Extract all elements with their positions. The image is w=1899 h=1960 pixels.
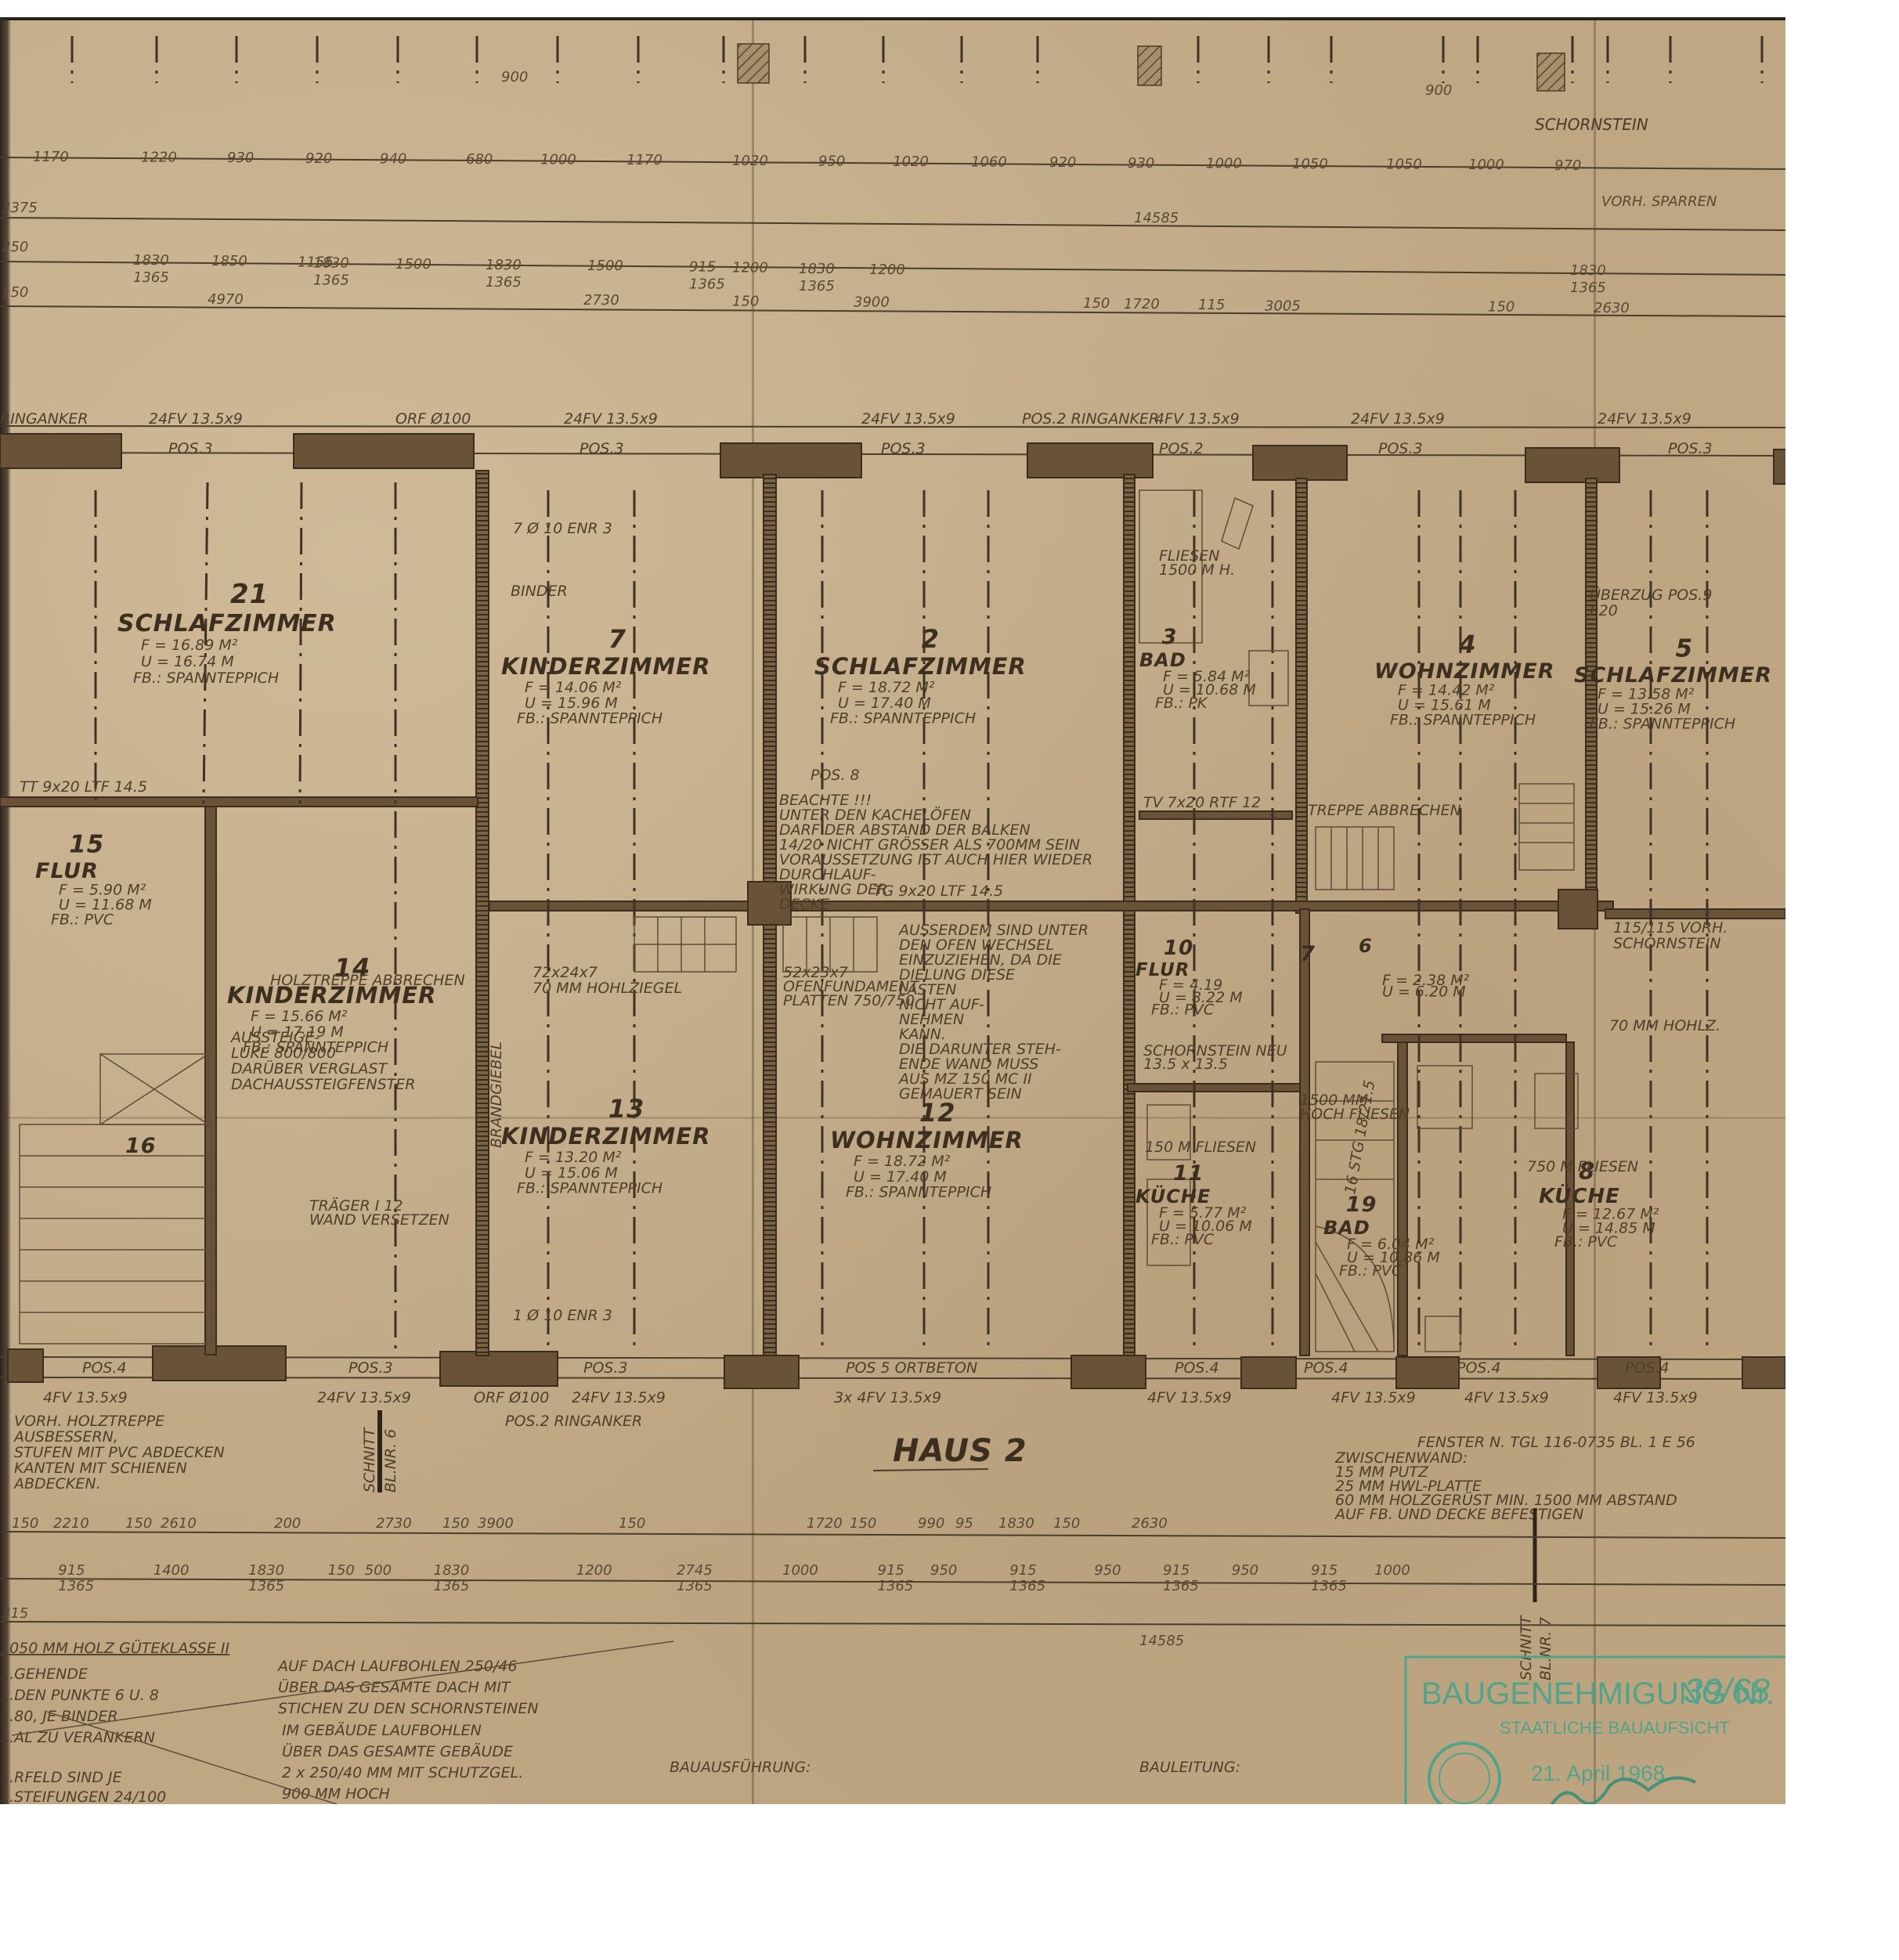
downstand-beam-note: ÜBERZUG POS.9	[1590, 586, 1712, 604]
window-dimension-bottom: 1365	[1570, 280, 1606, 296]
bottom-dimension: 95	[955, 1515, 973, 1532]
rafter-spacing: 1170	[33, 149, 69, 165]
window-dimension-top: 1830	[1570, 262, 1606, 279]
room-name: SCHLAFZIMMER	[814, 653, 1027, 680]
room-name: SCHLAFZIMMER	[1574, 663, 1772, 688]
hollow-brick-note: 72x24x7	[533, 964, 597, 981]
bottom-dimension: 2730	[376, 1515, 412, 1532]
room-dimension: 2630	[1594, 300, 1630, 316]
window-dimension-bottom: 1365	[133, 269, 169, 286]
bottom-dimension-top: 915	[58, 1562, 85, 1579]
bottom-dimension-bottom: 1365	[1311, 1578, 1347, 1594]
left-partial-dim: 3375	[2, 200, 38, 216]
room-number: 19	[1346, 1193, 1377, 1217]
timber-grade-note: 1050 MM HOLZ GÜTEKLASSE II	[0, 1639, 229, 1657]
wood-stair-repair-line: KANTEN MIT SCHIENEN	[14, 1460, 187, 1477]
wall-spec-label: ORF Ø100	[474, 1389, 549, 1406]
window-dimension-top: 1500	[395, 256, 431, 273]
bottom-dimension-top: 950	[1094, 1562, 1121, 1579]
lintel-note: TV 7x20 RTF 12	[1143, 794, 1261, 811]
svg-text:SCHNITT: SCHNITT	[361, 1427, 378, 1493]
bottom-dimension: 1720	[807, 1515, 843, 1532]
room-number: 21	[230, 579, 269, 610]
window-dimension-top: 1830	[133, 252, 169, 269]
floor-plan-drawing: 900 900 SCHORNSTEIN 11701220930920940680…	[0, 20, 1785, 1804]
bottom-dimension: 200	[274, 1515, 301, 1532]
window-dimension-row: 1830136518501155183013651500183013651500…	[0, 252, 1785, 296]
bottom-dimension-bottom: 1365	[58, 1578, 94, 1594]
rebar-note-top: 7 Ø 10 ENR 3	[513, 520, 612, 537]
room-dimension: 1720	[1124, 296, 1160, 312]
room-floor-finish: FB.: PVC	[1339, 1262, 1403, 1280]
svg-text:BL.NR. 6: BL.NR. 6	[382, 1429, 399, 1493]
window-dimension-bottom: 1365	[313, 273, 349, 289]
chimney-hatch	[1537, 53, 1565, 91]
wall-spec-label: 4FV 13.5x9	[1155, 410, 1240, 428]
left-partial-dim-bottom: 315	[2, 1605, 28, 1622]
rafter-spacing: 1050	[1386, 157, 1422, 173]
kitchen-tile-note: 750 M FLIESEN	[1527, 1158, 1638, 1175]
window-dimension-bottom: 1365	[689, 276, 725, 292]
rafter-spacing: 1060	[971, 154, 1007, 171]
room-name: FLUR	[35, 859, 99, 883]
window-dimension-bottom: 1365	[799, 278, 835, 294]
room-dimension-row: 497027301503900150172011530051502630	[0, 291, 1785, 316]
bottom-dimension: 2610	[161, 1515, 197, 1532]
bottom-dimension-top: 950	[930, 1562, 957, 1579]
bath-tile-note: 1500 M H.	[1159, 561, 1235, 579]
room-floor-finish: FB.: SPANNTEPPICH	[133, 670, 279, 687]
wall-spec-label: 3x 4FV 13.5x9	[834, 1389, 941, 1406]
room-dimension: 150	[1488, 299, 1515, 316]
anchoring-line: ...AL ZU VERANKERN	[0, 1729, 155, 1746]
existing-chimney-note: SCHORNSTEIN	[1613, 935, 1720, 952]
room-floor-finish: FB.: PK	[1155, 695, 1208, 712]
room-floor-finish: FB.: SPANNTEPPICH	[846, 1184, 991, 1201]
wall-spec-label: 4FV 13.5x9	[1331, 1389, 1416, 1406]
new-chimney-note: 13.5 x 13.5	[1143, 1056, 1228, 1073]
bracing-line: ...RFELD SIND JE	[0, 1769, 122, 1786]
wall-spec-label: 24FV 13.5x9	[1351, 410, 1445, 428]
wall-spec-label: RINGANKER	[0, 410, 88, 428]
wall-spec-label: 4FV 13.5x9	[1147, 1389, 1232, 1406]
site-management-signature-label: BAULEITUNG:	[1139, 1759, 1240, 1776]
building-walkway-line: 900 MM HOCH	[282, 1785, 390, 1803]
position-label: POS.4	[1457, 1359, 1501, 1377]
bottom-dimension: 150	[1053, 1515, 1080, 1532]
bottom-dimension: 2630	[1132, 1515, 1168, 1532]
position-label: POS.3	[1668, 440, 1713, 457]
rafter-spacing: 1220	[141, 150, 177, 166]
room-floor-finish: FB.: SPANNTEPPICH	[830, 710, 976, 727]
wood-stair-repair-line: ABDECKEN.	[13, 1475, 101, 1493]
wall-spec-label: 24FV 13.5x9	[1598, 410, 1691, 428]
room-number: 7	[608, 624, 626, 654]
rafter-spacing: 680	[466, 151, 493, 168]
section-mark-left: SCHNITT BL.NR. 6	[361, 1410, 399, 1493]
wall-spec-label: POS.2 RINGANKER	[1022, 410, 1159, 428]
svg-text:BL.NR. 7: BL.NR. 7	[1537, 1617, 1554, 1680]
rafter-spacing: 940	[380, 150, 406, 167]
bottom-dimension-top: 1400	[153, 1562, 190, 1579]
bottom-dimension: 3900	[478, 1515, 514, 1532]
room-perimeter: U = 16.74 M	[141, 653, 234, 670]
overall-dimension-top: 14585	[1134, 210, 1179, 226]
room-floor-finish: FB.: SPANNTEPPICH	[517, 1180, 662, 1197]
building-walkway-line: ÜBER DAS GESAMTE GEBÄUDE	[282, 1742, 513, 1760]
room-dimension: 3900	[854, 294, 890, 311]
room-number: 7	[1300, 942, 1316, 966]
position-label: POS 5 ORTBETON	[846, 1359, 977, 1377]
room-number: 10	[1164, 937, 1193, 960]
chimney-hatch	[738, 44, 769, 83]
rafter-spacing: 930	[1128, 155, 1154, 171]
overall-dimension-line	[0, 218, 1785, 230]
bottom-dimension-top: 150	[328, 1562, 355, 1579]
wall-spec-label: 4FV 13.5x9	[1464, 1389, 1549, 1406]
position-label: POS.3	[579, 440, 624, 457]
building-walkway-line: IM GEBÄUDE LAUFBOHLEN	[282, 1721, 482, 1739]
room-floor-finish: FB.: PVC	[51, 911, 114, 928]
bottom-dimension-top: 2745	[677, 1562, 713, 1579]
room-area: F = 13.20 M²	[525, 1149, 622, 1166]
position-label: POS.4	[1625, 1359, 1670, 1377]
bottom-dimension: 150	[619, 1515, 645, 1532]
bottom-dimension: 150	[850, 1515, 876, 1532]
bottom-dimension-top: 1000	[1374, 1562, 1410, 1579]
stove-support-note: GEMAUERT SEIN	[899, 1085, 1022, 1103]
position-label: POS.2	[1159, 440, 1204, 457]
remove-wood-stair-note: HOLZTREPPE ABBRECHEN	[270, 972, 465, 989]
bottom-dimension-bottom: 1365	[248, 1578, 284, 1594]
bottom-dimension-top: 500	[365, 1562, 392, 1579]
position-label: POS.3	[881, 440, 926, 457]
room-dimension: 3005	[1265, 298, 1301, 314]
bottom-dimension-top: 915	[1163, 1562, 1190, 1579]
room-area: F = 18.72 M²	[854, 1153, 951, 1170]
bottom-dimension: 150	[442, 1515, 469, 1532]
section-mark-right: SCHNITT BL.NR. 7	[1518, 1508, 1554, 1680]
room-floor-finish: FB.: SPANNTEPPICH	[1590, 715, 1735, 732]
bottom-dimension: 150	[125, 1515, 152, 1532]
bottom-dimension-top: 1830	[248, 1562, 284, 1579]
room-floor-finish: FB.: SPANNTEPPICH	[1390, 711, 1536, 728]
position-label: POS.4	[1175, 1359, 1219, 1377]
roof-hatch-note: DARÜBER VERGLAST	[231, 1059, 388, 1077]
lintel-note: TT 9x20 LTF 14.5	[20, 778, 147, 796]
overall-dimension-bottom: 14585	[1139, 1633, 1184, 1649]
bottom-dimension-bottom: 1365	[434, 1578, 470, 1594]
wall-spec-label: 24FV 13.5x9	[564, 410, 658, 428]
bottom-dimension-top: 915	[1009, 1562, 1036, 1579]
spacing-mark: 900	[501, 69, 528, 85]
wood-stair-repair-note: VORH. HOLZTREPPEAUSBESSERN,STUFEN MIT PV…	[13, 1413, 225, 1493]
bottom-dimension: 990	[918, 1515, 944, 1532]
room-perimeter: U = 17.40 M	[838, 695, 931, 712]
wood-stair-repair-line: AUSBESSERN,	[13, 1428, 118, 1446]
bracing-note: ...RFELD SIND JE...STEIFUNGEN 24/100...M…	[0, 1769, 166, 1804]
room-number: 16	[125, 1134, 157, 1158]
room-area: F = 15.66 M²	[251, 1008, 348, 1025]
wall-spec-label: 4FV 13.5x9	[43, 1389, 128, 1406]
bottom-dimension: 2210	[53, 1515, 89, 1532]
room-number: 11	[1173, 1161, 1204, 1186]
room-perimeter: U = 17.40 M	[854, 1168, 947, 1186]
window-standard-note: FENSTER N. TGL 116-0735 BL. 1 E 56	[1417, 1434, 1695, 1451]
room-name: KINDERZIMMER	[501, 653, 710, 680]
downstand-beam-note: I 20	[1590, 602, 1618, 619]
room-name: WOHNZIMMER	[830, 1127, 1024, 1153]
rafter-spacing: 1020	[893, 153, 929, 170]
rafter-spacing: 1000	[1206, 155, 1242, 171]
room-dimension: 150	[732, 293, 759, 309]
bottom-dimension-bottom: 1365	[677, 1578, 713, 1594]
room-area: F = 16.89 M²	[141, 637, 238, 654]
room-number: 2	[922, 624, 940, 654]
bottom-dimension: 150	[12, 1515, 38, 1532]
roof-walkway-line: STICHEN ZU DEN SCHORNSTEINEN	[278, 1700, 539, 1717]
room-number: 5	[1676, 635, 1694, 663]
bottom-dimension-bottom: 1365	[878, 1578, 914, 1594]
room-floor-finish: FB.: PVC	[1151, 1002, 1215, 1019]
window-dimension-top: 1830	[486, 257, 522, 273]
window-dimension-top: 1830	[799, 261, 835, 277]
roof-walkway-note: AUF DACH LAUFBOHLEN 250/46ÜBER DAS GESAM…	[276, 1658, 539, 1717]
room-number: 13	[608, 1094, 645, 1124]
bottom-dimension-top: 950	[1232, 1562, 1258, 1579]
room-dimension: 4970	[208, 291, 244, 308]
building-walkway-note: IM GEBÄUDE LAUFBOHLENÜBER DAS GESAMTE GE…	[282, 1721, 523, 1803]
binder-note: BINDER	[511, 583, 568, 600]
spacing-mark: 900	[1425, 82, 1452, 99]
kitchen11-tile-note: 150 M FLIESEN	[1145, 1139, 1256, 1156]
room-dimension: 2730	[583, 292, 619, 309]
room-dimension: 115	[1198, 297, 1225, 313]
building-walkway-line: 2 x 250/40 MM MIT SCHUTZGEL.	[282, 1764, 523, 1781]
room-floor-finish: FB.: SPANNTEPPICH	[517, 710, 662, 727]
rafter-spacing: 950	[818, 153, 845, 169]
roof-hatch-note: AUSSTEIGE-	[229, 1029, 320, 1046]
rafter-spacing: 1050	[1292, 156, 1328, 172]
room-name: KÜCHE	[1539, 1182, 1620, 1208]
room-name: WOHNZIMMER	[1374, 659, 1555, 684]
wall-spec-label: 24FV 13.5x9	[861, 410, 955, 428]
room-area: F = 18.72 M²	[838, 679, 935, 696]
partition-wall-line: AUF FB. UND DECKE BEFESTIGEN	[1334, 1506, 1583, 1523]
rafter-spacing: 1000	[540, 152, 576, 168]
chimney-hatch	[1138, 46, 1161, 85]
beam-note: WAND VERSETZEN	[309, 1211, 449, 1229]
stove-foundation-note: PLATTEN 750/750	[783, 992, 915, 1009]
house-label: HAUS 2	[893, 1433, 1027, 1469]
roof-hatch-note: LUKE 800/800	[231, 1045, 336, 1062]
anchoring-line: ...GEHENDE	[0, 1666, 88, 1683]
roof-walkway-line: AUF DACH LAUFBOHLEN 250/46	[276, 1658, 517, 1675]
window-dimension-bottom: 1365	[486, 274, 522, 291]
position-label: POS.3	[168, 440, 213, 457]
position-label: POS.3	[348, 1359, 393, 1377]
bottom-dimension-top: 1200	[576, 1562, 612, 1579]
rafter-spacing: 1000	[1468, 157, 1504, 173]
room-name: SCHLAFZIMMER	[117, 610, 337, 637]
remove-stair-note: TREPPE ABBRECHEN	[1308, 802, 1461, 819]
room-number: 15	[69, 831, 104, 859]
rafter-spacing: 970	[1554, 157, 1581, 174]
pos8-label: POS. 8	[811, 767, 860, 784]
wood-stair-repair-line: VORH. HOLZTREPPE	[14, 1413, 164, 1430]
room-number: 4	[1458, 631, 1477, 659]
rafter-spacing: 930	[227, 150, 254, 166]
stamp-authority: STAATLICHE BAUAUFSICHT	[1500, 1718, 1730, 1738]
room-perimeter: U = 6.20 M	[1382, 984, 1466, 1001]
window-dimension-top: 1200	[869, 262, 905, 278]
lintel-note: TG 9x20 LTF 14.5	[873, 883, 1003, 900]
existing-rafters-label: VORH. SPARREN	[1601, 193, 1717, 210]
bottom-dimension-row-2: 9151365140018301365150500183013651200274…	[0, 1562, 1785, 1594]
window-dimension-top: 1200	[732, 260, 768, 276]
position-label: POS.3	[583, 1359, 628, 1377]
bottom-dimension-top: 1830	[434, 1562, 470, 1579]
room-dimension: 150	[1083, 295, 1110, 312]
room-number: 6	[1359, 935, 1373, 957]
room-name: KINDERZIMMER	[501, 1123, 710, 1150]
partition-wall-note: ZWISCHENWAND:15 MM PUTZ25 MM HWL-PLATTE6…	[1334, 1449, 1677, 1523]
wall-spec-label: 24FV 13.5x9	[317, 1389, 411, 1406]
position-label: POS.4	[82, 1359, 127, 1377]
window-dimension-top: 1850	[211, 253, 247, 269]
window-dimension-top: 1500	[587, 258, 623, 274]
ring-beam-label: POS.2 RINGANKER	[505, 1413, 642, 1430]
rafter-dimension-row: 1170122093092094068010001170102095010201…	[0, 149, 1785, 174]
wood-stair-repair-line: STUFEN MIT PVC ABDECKEN	[14, 1444, 225, 1461]
window-dimension-top: 1830	[313, 255, 349, 272]
room-area: F = 14.06 M²	[525, 679, 622, 696]
wall-spec-label: 24FV 13.5x9	[149, 410, 243, 428]
wall-spec-label: 4FV 13.5x9	[1613, 1389, 1698, 1406]
room-floor-finish: FB.: PVC	[1151, 1231, 1215, 1248]
bottom-dimension-top: 915	[1311, 1562, 1338, 1579]
hollow-brick-note: 70 MM HOHLZIEGEL	[533, 980, 682, 997]
room-number: 3	[1162, 625, 1178, 649]
room-perimeter: U = 15.06 M	[525, 1164, 618, 1182]
rafter-spacing: 1170	[626, 152, 662, 168]
left-partial-dim: 150	[2, 284, 28, 301]
wall-spec-label: 24FV 13.5x9	[572, 1389, 666, 1406]
rafter-spacing: 920	[305, 150, 332, 167]
chimney-beam-note: DECKE	[779, 896, 829, 913]
bottom-dimension-bottom: 1365	[1009, 1578, 1045, 1594]
bottom-dimension-top: 915	[878, 1562, 904, 1579]
chimney-label: SCHORNSTEIN	[1535, 115, 1648, 134]
rafter-spacing: 1020	[732, 153, 768, 169]
window-dimension-top: 915	[689, 258, 716, 275]
rafter-spacing: 920	[1049, 154, 1076, 171]
top-rafter-marks: 900 900 SCHORNSTEIN	[72, 36, 1762, 134]
hollow-brick-note: 70 MM HOHLZ.	[1609, 1017, 1720, 1034]
bracing-line: ...STEIFUNGEN 24/100	[0, 1789, 166, 1804]
approval-stamp: BAUGENEHMIGUNG Nr. 39/68 STAATLICHE BAUA…	[1406, 1657, 1785, 1804]
bottom-dimension-top: 1000	[782, 1562, 818, 1579]
room-floor-finish: FB.: PVC	[1554, 1233, 1618, 1251]
room-perimeter: U = 15.96 M	[525, 695, 618, 712]
bottom-dimension-bottom: 1365	[1163, 1578, 1199, 1594]
position-label: POS.4	[1304, 1359, 1348, 1377]
wall-spec-label: ORF Ø100	[395, 410, 471, 428]
stamp-date: 21. April 1968	[1531, 1761, 1665, 1785]
bottom-dimension: 1830	[998, 1515, 1034, 1532]
roof-hatch-note: DACHAUSSTEIGFENSTER	[231, 1076, 416, 1093]
left-partial-dim: 250	[2, 239, 28, 255]
position-label: POS.3	[1378, 440, 1423, 457]
existing-chimney-note: 115/115 VORH.	[1613, 919, 1728, 937]
stamp-number: 39/68	[1684, 1672, 1771, 1710]
rebar-note-bottom: 1 Ø 10 ENR 3	[513, 1307, 612, 1324]
anchoring-line: ...DEN PUNKTE 6 U. 8	[0, 1687, 159, 1704]
construction-signature-label: BAUAUSFÜHRUNG:	[670, 1758, 811, 1776]
fire-gable-label: BRANDGIEBEL	[488, 1041, 505, 1148]
floor-plan-sheet: 900 900 SCHORNSTEIN 11701220930920940680…	[0, 17, 1785, 1804]
